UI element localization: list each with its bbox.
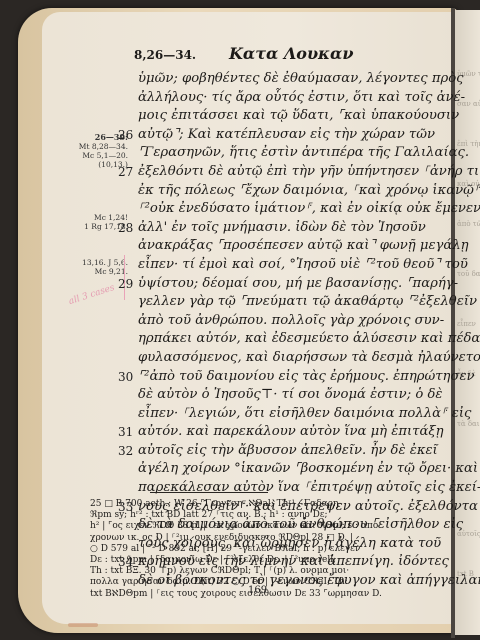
apparatus-line: ℜpm sy; hʳ² : txt BD latt 27 ⸀τις αν. B.…	[90, 510, 446, 521]
line-text: ἀπὸ τοῦ ἀνθρώπου. πολλοῖς γὰρ χρόνοις συ…	[138, 313, 444, 328]
text-line: εἶπεν· ⸀λεγιών, ὅτι εἰσῆλθεν δαιμόνια πο…	[138, 405, 444, 424]
text-line: ἀπὸ τοῦ ἀνθρώπου. πολλοῖς γὰρ χρόνοις συ…	[138, 312, 444, 331]
text-line: παρεκάλεσαν αὐτὸν ἵνα ⸀ἐπιτρέψῃ αὐτοῖς ε…	[138, 479, 444, 498]
apparatus-line: χρονων ικ. ος D | ⸀²ιμ. ουκ ενεδιδυσκετο…	[90, 533, 446, 544]
line-text: αὐτῷ⌝; Καὶ κατέπλευσαν εἰς τὴν χώραν τῶν	[138, 127, 435, 142]
text-line: ὑμῶν; φοβηθέντες δὲ ἐθαύμασαν, λέγοντες …	[138, 70, 444, 89]
apparatus-line: 25 □ B 700 aeth.; W 26 ⌜Γεργεση- ℵΘal; T…	[90, 499, 446, 510]
text-line: ἐκ τῆς πόλεως ⌜ἔχων δαιμόνια, ⸀καὶ χρόνῳ…	[138, 182, 444, 201]
line-text: δὲ αὐτὸν ὁ Ἰησοῦς⊤· τί σοι ὄνομά ἐστιν; …	[138, 387, 442, 402]
line-text: μοις ἐπιτάσσει καὶ τῷ ὕδατι, ⌜καὶ ὑπακού…	[138, 108, 459, 123]
text-line: ⸀²οὐκ ἐνεδύσατο ἱμάτιον⸁, καὶ ἐν οἰκίᾳ ο…	[138, 200, 444, 219]
text-line: δὲ αὐτὸν ὁ Ἰησοῦς⊤· τί σοι ὄνομά ἐστιν; …	[138, 386, 444, 405]
line-text: ⌜Γερασηνῶν, ἥτις ἐστὶν ἀντιπέρα τῆς Γαλι…	[138, 145, 469, 160]
text-line: 32αὐτοῖς εἰς τὴν ἄβυσσον ἀπελθεῖν. ἦν δὲ…	[138, 442, 444, 461]
critical-apparatus: 25 □ B 700 aeth.; W 26 ⌜Γεργεση- ℵΘal; T…	[90, 499, 446, 600]
text-line: 30⌜²ἀπὸ τοῦ δαιμονίου εἰς τὰς ἐρήμους. ἐ…	[138, 368, 444, 387]
text-line: φυλασσόμενος, καὶ διαρήσσων τὰ δεσμὰ ἠλα…	[138, 349, 444, 368]
line-text: ⸀²οὐκ ἐνεδύσατο ἱμάτιον⸁, καὶ ἐν οἰκίᾳ ο…	[138, 201, 480, 216]
line-text: ἀνακράξας ⌜προσέπεσεν αὐτῷ καὶ⌝ φωνῇ μεγ…	[138, 238, 469, 253]
text-line: 31αὐτόν. καὶ παρεκάλουν αὐτὸν ἵνα μὴ ἐπι…	[138, 423, 444, 442]
text-line: 29ὑψίστου; δέομαί σου, μή με βασανίσῃς. …	[138, 275, 444, 294]
line-text: φυλασσόμενος, καὶ διαρήσσων τὰ δεσμὰ ἠλα…	[138, 350, 480, 365]
line-text: ηρπάκει αὐτόν, καὶ ἐδεσμεύετο ἁλύσεσιν κ…	[138, 331, 480, 346]
line-text: γελλεν γὰρ τῷ ⌜πνεύματι τῷ ἀκαθάρτῳ ⌜²ἐξ…	[138, 294, 477, 309]
text-line: ἀλλήλους· τίς ἄρα οὗτός ἐστιν, ὅτι καὶ τ…	[138, 89, 444, 108]
verse-number: 30	[118, 368, 133, 387]
text-line: ἀνακράξας ⌜προσέπεσεν αὐτῷ καὶ⌝ φωνῇ μεγ…	[138, 237, 444, 256]
margin-ref: 13,16. J 5,6.	[58, 258, 128, 267]
page-stain	[68, 623, 98, 627]
text-line: 26αὐτῷ⌝; Καὶ κατέπλευσαν εἰς τὴν χώραν τ…	[138, 126, 444, 145]
text-line: 28ἀλλ' ἐν τοῖς μνήμασιν. ἰδὼν δὲ τὸν Ἰησ…	[138, 219, 444, 238]
margin-ref: Mc 5,1—20.	[58, 151, 128, 160]
line-text: ⌜²ἀπὸ τοῦ δαιμονίου εἰς τὰς ἐρήμους. ἐπη…	[138, 369, 475, 384]
apparatus-line: ○ D 579 al | ⌜² D 892 al; [H] 29 ⌜-γειλε…	[90, 544, 446, 555]
apparatus-line: txt BℵDΘpm | ⸀εις τους χοιρους εισελθωσι…	[90, 589, 446, 600]
page-number: 169	[248, 585, 267, 596]
line-text: εἶπεν· ⸀λεγιών, ὅτι εἰσῆλθεν δαιμόνια πο…	[138, 406, 471, 421]
text-line: μοις ἐπιτάσσει καὶ τῷ ὕδατι, ⌜καὶ ὑπακού…	[138, 107, 444, 126]
verse-number: 28	[118, 219, 133, 238]
line-text: ἐξελθόντι δὲ αὐτῷ ἐπὶ τὴν γῆν ὑπήντησεν …	[138, 164, 480, 179]
text-line: 27ἐξελθόντι δὲ αὐτῷ ἐπὶ τὴν γῆν ὑπήντησε…	[138, 163, 444, 182]
text-line: ἀγέλη χοίρων °ἱκανῶν ⌜βοσκομένη ἐν τῷ ὄρ…	[138, 460, 444, 479]
line-text: ἐκ τῆς πόλεως ⌜ἔχων δαιμόνια, ⸀καὶ χρόνῳ…	[138, 183, 480, 198]
line-text: αὐτοῖς εἰς τὴν ἄβυσσον ἀπελθεῖν. ἦν δὲ ἐ…	[138, 443, 438, 458]
line-text: ἀλλ' ἐν τοῖς μνήμασιν. ἰδὼν δὲ τὸν Ἰησοῦ…	[138, 220, 426, 235]
verse-number: 29	[118, 275, 133, 294]
line-text: ἀλλήλους· τίς ἄρα οὗτός ἐστιν, ὅτι καὶ τ…	[138, 90, 465, 105]
chapter-verse-range: 8,26—34.	[134, 48, 196, 62]
apparatus-line: πολλα γαρ ησαν δαιμ. D(it) 32 ○ D er | ⌜…	[90, 577, 446, 588]
line-text: ὑψίστου; δέομαί σου, μή με βασανίσῃς. ⌜π…	[138, 276, 458, 291]
line-text: ὑμῶν; φοβηθέντες δὲ ἐθαύμασαν, λέγοντες …	[138, 71, 464, 86]
text-line: εἶπεν· τί ἐμοὶ καὶ σοί, °Ἰησοῦ υἱὲ ⌜²τοῦ…	[138, 256, 444, 275]
verse-number: 32	[118, 442, 133, 461]
line-text: εἶπεν· τί ἐμοὶ καὶ σοί, °Ἰησοῦ υἱὲ ⌜²τοῦ…	[138, 257, 468, 272]
apparatus-line: Th : txt BΞ. 30 ⊤p) λεγων CℜDΘpl; T | ⸀(…	[90, 566, 446, 577]
text-line: γελλεν γὰρ τῷ ⌜πνεύματι τῷ ἀκαθάρτῳ ⌜²ἐξ…	[138, 293, 444, 312]
text-line: ⌜Γερασηνῶν, ἥτις ἐστὶν ἀντιπέρα τῆς Γαλι…	[138, 144, 444, 163]
verse-number: 26	[118, 126, 133, 145]
text-line: ηρπάκει αὐτόν, καὶ ἐδεσμεύετο ἁλύσεσιν κ…	[138, 330, 444, 349]
apparatus-line: h² | ⌜ος ειχεν ℜDΘ 33 pl | ⸀εκ χρονων ικ…	[90, 521, 446, 532]
apparatus-divider	[150, 492, 268, 493]
verse-number: 31	[118, 423, 133, 442]
line-text: αὐτόν. καὶ παρεκάλουν αὐτὸν ἵνα μὴ ἐπιτά…	[138, 424, 444, 439]
line-text: ἀγέλη χοίρων °ἱκανῶν ⌜βοσκομένη ἐν τῷ ὄρ…	[138, 461, 478, 476]
verse-number: 27	[118, 163, 133, 182]
book-title: Κατα Λουκαν	[229, 44, 353, 63]
apparatus-line: Dε : txt ℌpm | ⌜δαιμονιω Dε | ⌜²εξελθε D…	[90, 555, 446, 566]
